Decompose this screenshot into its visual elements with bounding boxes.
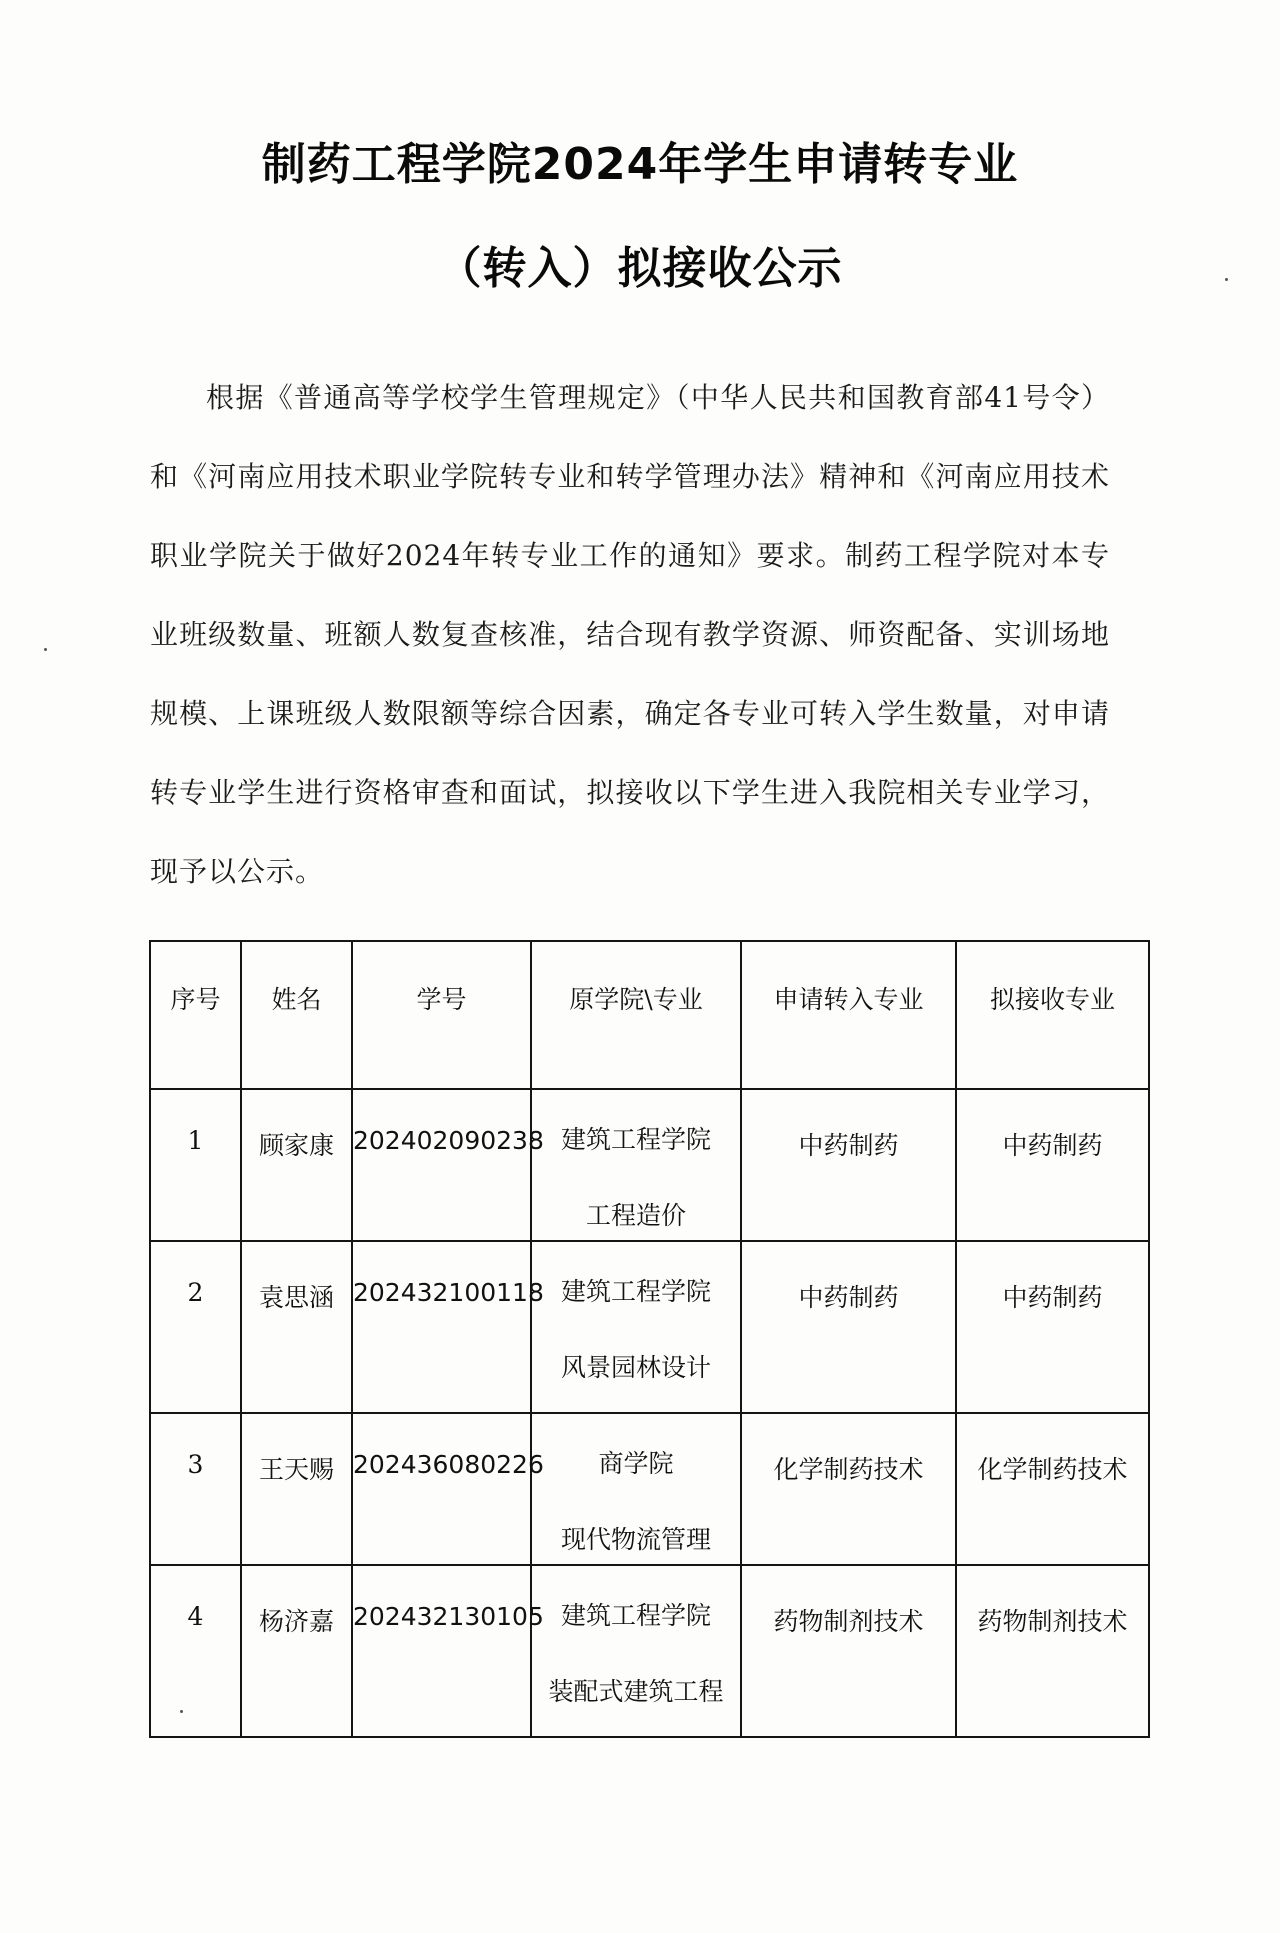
cell-no: 1 [150,1089,241,1241]
header-student-id: 学号 [352,941,531,1089]
cell-applied-major: 中药制药 [741,1089,956,1241]
document-title-line-2: （转入）拟接收公示 [0,232,1280,296]
original-college: 商学院 [532,1450,740,1478]
original-college: 建筑工程学院 [532,1126,740,1154]
header-no: 序号 [150,941,241,1089]
cell-no: 3 [150,1413,241,1565]
cell-applied-major: 中药制药 [741,1241,956,1413]
cell-name: 王天赐 [241,1413,352,1565]
cell-student-id: 202436080226 [352,1413,531,1565]
original-college: 建筑工程学院 [532,1278,740,1306]
cell-student-id: 202402090238 [352,1089,531,1241]
cell-applied-major: 化学制药技术 [741,1413,956,1565]
cell-student-id: 202432100118 [352,1241,531,1413]
table-header-row: 序号 姓名 学号 原学院\专业 申请转入专业 拟接收专业 [150,941,1149,1089]
table-row: 1 顾家康 202402090238 建筑工程学院 工程造价 中药制药 中药制药 [150,1089,1149,1241]
cell-accepted-major: 中药制药 [956,1241,1149,1413]
header-applied-major: 申请转入专业 [741,941,956,1089]
cell-student-id: 202432130105 [352,1565,531,1737]
scan-speck [180,1710,183,1713]
document-title-line-1: 制药工程学院2024年学生申请转专业 [0,128,1280,192]
table-row: 3 王天赐 202436080226 商学院 现代物流管理 化学制药技术 化学制… [150,1413,1149,1565]
scan-speck [44,648,47,651]
scan-speck [1225,278,1228,281]
header-accepted-major: 拟接收专业 [956,941,1149,1089]
original-college: 建筑工程学院 [532,1602,740,1630]
cell-no: 2 [150,1241,241,1413]
header-original-college-major: 原学院\专业 [531,941,741,1089]
header-name: 姓名 [241,941,352,1089]
cell-name: 袁思涵 [241,1241,352,1413]
cell-original-college-major: 建筑工程学院 风景园林设计 [531,1241,741,1413]
cell-name: 杨济嘉 [241,1565,352,1737]
original-major: 工程造价 [532,1202,740,1230]
original-major: 装配式建筑工程 [532,1678,740,1706]
cell-accepted-major: 化学制药技术 [956,1413,1149,1565]
original-major: 现代物流管理 [532,1526,740,1554]
transfer-student-table: 序号 姓名 学号 原学院\专业 申请转入专业 拟接收专业 1 顾家康 20240… [149,940,1150,1738]
cell-name: 顾家康 [241,1089,352,1241]
table-row: 4 杨济嘉 202432130105 建筑工程学院 装配式建筑工程 药物制剂技术… [150,1565,1149,1737]
cell-original-college-major: 建筑工程学院 工程造价 [531,1089,741,1241]
cell-accepted-major: 中药制药 [956,1089,1149,1241]
table-row: 2 袁思涵 202432100118 建筑工程学院 风景园林设计 中药制药 中药… [150,1241,1149,1413]
cell-no: 4 [150,1565,241,1737]
cell-original-college-major: 建筑工程学院 装配式建筑工程 [531,1565,741,1737]
cell-accepted-major: 药物制剂技术 [956,1565,1149,1737]
announcement-body: 根据《普通高等学校学生管理规定》（中华人民共和国教育部41号令）和《河南应用技术… [150,358,1110,911]
cell-original-college-major: 商学院 现代物流管理 [531,1413,741,1565]
cell-applied-major: 药物制剂技术 [741,1565,956,1737]
original-major: 风景园林设计 [532,1354,740,1382]
